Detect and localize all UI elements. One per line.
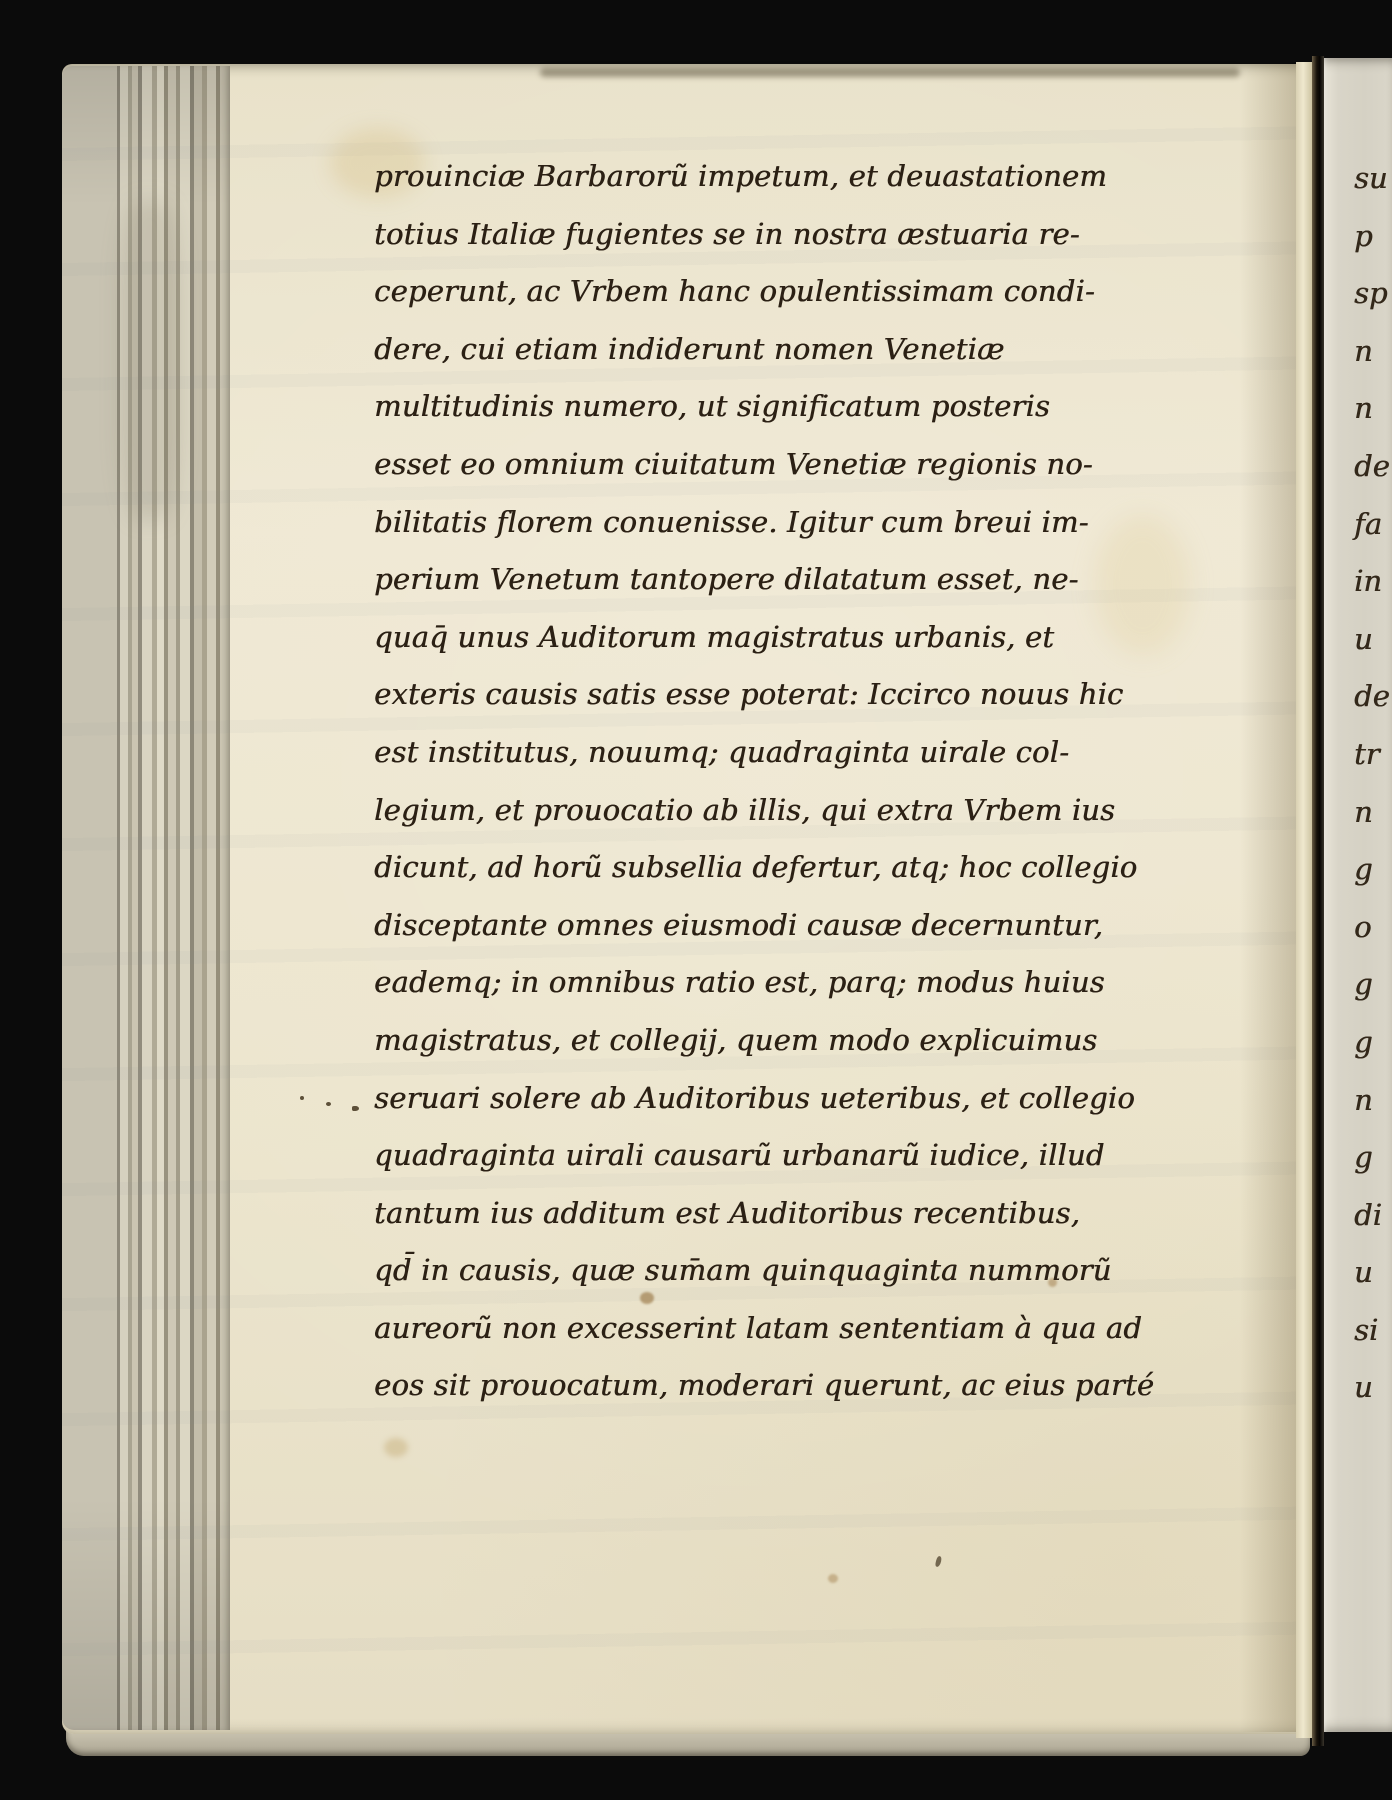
right-page-text-fragment: u: [1354, 1244, 1392, 1302]
right-page-text-fragment: n: [1354, 1072, 1392, 1130]
manuscript-line: perium Venetum tantopere dilatatum esset…: [374, 551, 1104, 609]
ink-speck: [326, 1102, 331, 1106]
right-page-text-fragment: u: [1354, 611, 1392, 669]
ink-speck: [300, 1096, 304, 1100]
manuscript-line: dere, cui etiam indiderunt nomen Venetiæ: [374, 321, 1104, 379]
right-page-text-fragment: n: [1354, 784, 1392, 842]
manuscript-line: disceptante omnes eiusmodi causæ decernu…: [374, 897, 1104, 955]
manuscript-text: prouinciæ Barbarorũ impetum, et deuastat…: [374, 148, 1104, 1415]
right-page-text-fragment: n: [1354, 380, 1392, 438]
manuscript-line: quaq̄ unus Auditorum magistratus urbanis…: [374, 609, 1104, 667]
manuscript-line: eademq; in omnibus ratio est, parq; modu…: [374, 954, 1104, 1012]
right-page-text-fragment: di: [1354, 1187, 1392, 1245]
right-page-text-fragment: tr: [1354, 726, 1392, 784]
right-page-text-fragment: su: [1354, 150, 1392, 208]
page-top-edge-shadow: [540, 68, 1240, 77]
gutter-page-edge-highlight: [1296, 62, 1312, 1738]
right-page-text-fragment: si: [1354, 1302, 1392, 1360]
manuscript-line: quadraginta uirali causarũ urbanarũ iudi…: [374, 1127, 1104, 1185]
manuscript-line: qd̄ in causis, quæ sum̄am quinquaginta n…: [374, 1242, 1104, 1300]
manuscript-line: multitudinis numero, ut significatum pos…: [374, 378, 1104, 436]
open-book-photo: prouinciæ Barbarorũ impetum, et deuastat…: [0, 0, 1392, 1800]
manuscript-line: magistratus, et collegij, quem modo expl…: [374, 1012, 1104, 1070]
manuscript-line: totius Italiæ fugientes se in nostra æst…: [374, 206, 1104, 264]
right-page-text-fragment: in: [1354, 553, 1392, 611]
manuscript-line: tantum ius additum est Auditoribus recen…: [374, 1185, 1104, 1243]
right-page-text-fragment: g: [1354, 1014, 1392, 1072]
manuscript-line: esset eo omnium ciuitatum Venetiæ region…: [374, 436, 1104, 494]
ink-speck: [352, 1106, 359, 1111]
page-edges-stack: [62, 66, 230, 1730]
right-page-text-fragment: g: [1354, 1129, 1392, 1187]
manuscript-line: aureorũ non excesserint latam sententiam…: [374, 1300, 1104, 1358]
manuscript-line: legium, et prouocatio ab illis, qui extr…: [374, 782, 1104, 840]
manuscript-line: prouinciæ Barbarorũ impetum, et deuastat…: [374, 148, 1104, 206]
right-page-text-fragment: u: [1354, 1359, 1392, 1417]
manuscript-line: ceperunt, ac Vrbem hanc opulentissimam c…: [374, 263, 1104, 321]
right-page-text-fragment: o: [1354, 899, 1392, 957]
manuscript-line: seruari solere ab Auditoribus ueteribus,…: [374, 1070, 1104, 1128]
manuscript-line: eos sit prouocatum, moderari querunt, ac…: [374, 1357, 1104, 1415]
right-page-text-fragment: n: [1354, 323, 1392, 381]
right-page-text-fragment: g: [1354, 956, 1392, 1014]
right-page-text: supspnndefainudetrngoggngdiusiu: [1354, 150, 1392, 1417]
manuscript-line: est institutus, nouumq; quadraginta uira…: [374, 724, 1104, 782]
right-page-text-fragment: de: [1354, 438, 1392, 496]
manuscript-line: bilitatis florem conuenisse. Igitur cum …: [374, 494, 1104, 552]
right-page-text-fragment: de: [1354, 668, 1392, 726]
manuscript-line: exteris causis satis esse poterat: Iccir…: [374, 666, 1104, 724]
book-gutter: [1312, 56, 1324, 1746]
right-page-text-fragment: p: [1354, 208, 1392, 266]
right-page-text-fragment: g: [1354, 841, 1392, 899]
manuscript-line: dicunt, ad horũ subsellia defertur, atq;…: [374, 839, 1104, 897]
right-page-text-fragment: fa: [1354, 496, 1392, 554]
gutter-shadow: [1240, 64, 1296, 1732]
right-page-text-fragment: sp: [1354, 265, 1392, 323]
